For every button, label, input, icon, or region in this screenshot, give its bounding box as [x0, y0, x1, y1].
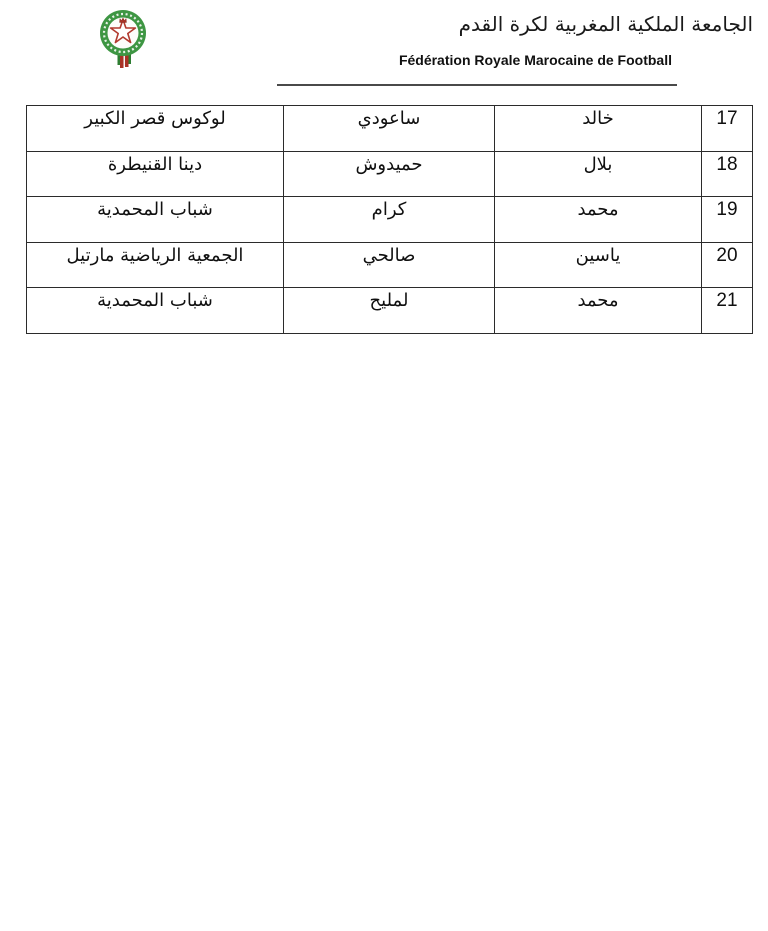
- last-name-cell: كرام: [284, 197, 495, 243]
- table-row: 20 ياسين صالحي الجمعية الرياضية مارتيل: [27, 242, 753, 288]
- row-number-cell: 21: [702, 288, 753, 334]
- federation-name-french: Fédération Royale Marocaine de Football: [399, 52, 672, 68]
- federation-crest-icon: [99, 9, 147, 69]
- last-name-cell: حميدوش: [284, 151, 495, 197]
- first-name-cell: محمد: [495, 197, 702, 243]
- first-name-cell: بلال: [495, 151, 702, 197]
- player-roster-table: 17 خالد ساعودي لوكوس قصر الكبير 18 بلال …: [26, 105, 753, 334]
- row-number-cell: 17: [702, 106, 753, 152]
- first-name-cell: ياسين: [495, 242, 702, 288]
- table-row: 18 بلال حميدوش دينا القنيطرة: [27, 151, 753, 197]
- row-number-cell: 18: [702, 151, 753, 197]
- last-name-cell: ساعودي: [284, 106, 495, 152]
- federation-name-arabic: الجامعة الملكية المغربية لكرة القدم: [459, 12, 753, 36]
- header-divider: [277, 84, 677, 86]
- row-number-cell: 20: [702, 242, 753, 288]
- club-cell: لوكوس قصر الكبير: [27, 106, 284, 152]
- first-name-cell: محمد: [495, 288, 702, 334]
- first-name-cell: خالد: [495, 106, 702, 152]
- club-cell: دينا القنيطرة: [27, 151, 284, 197]
- last-name-cell: لمليح: [284, 288, 495, 334]
- club-cell: شباب المحمدية: [27, 197, 284, 243]
- document-page: { "page": { "background": "#ffffff" }, "…: [0, 0, 768, 931]
- table-row: 17 خالد ساعودي لوكوس قصر الكبير: [27, 106, 753, 152]
- table-row: 21 محمد لمليح شباب المحمدية: [27, 288, 753, 334]
- last-name-cell: صالحي: [284, 242, 495, 288]
- table-row: 19 محمد كرام شباب المحمدية: [27, 197, 753, 243]
- club-cell: شباب المحمدية: [27, 288, 284, 334]
- club-cell: الجمعية الرياضية مارتيل: [27, 242, 284, 288]
- row-number-cell: 19: [702, 197, 753, 243]
